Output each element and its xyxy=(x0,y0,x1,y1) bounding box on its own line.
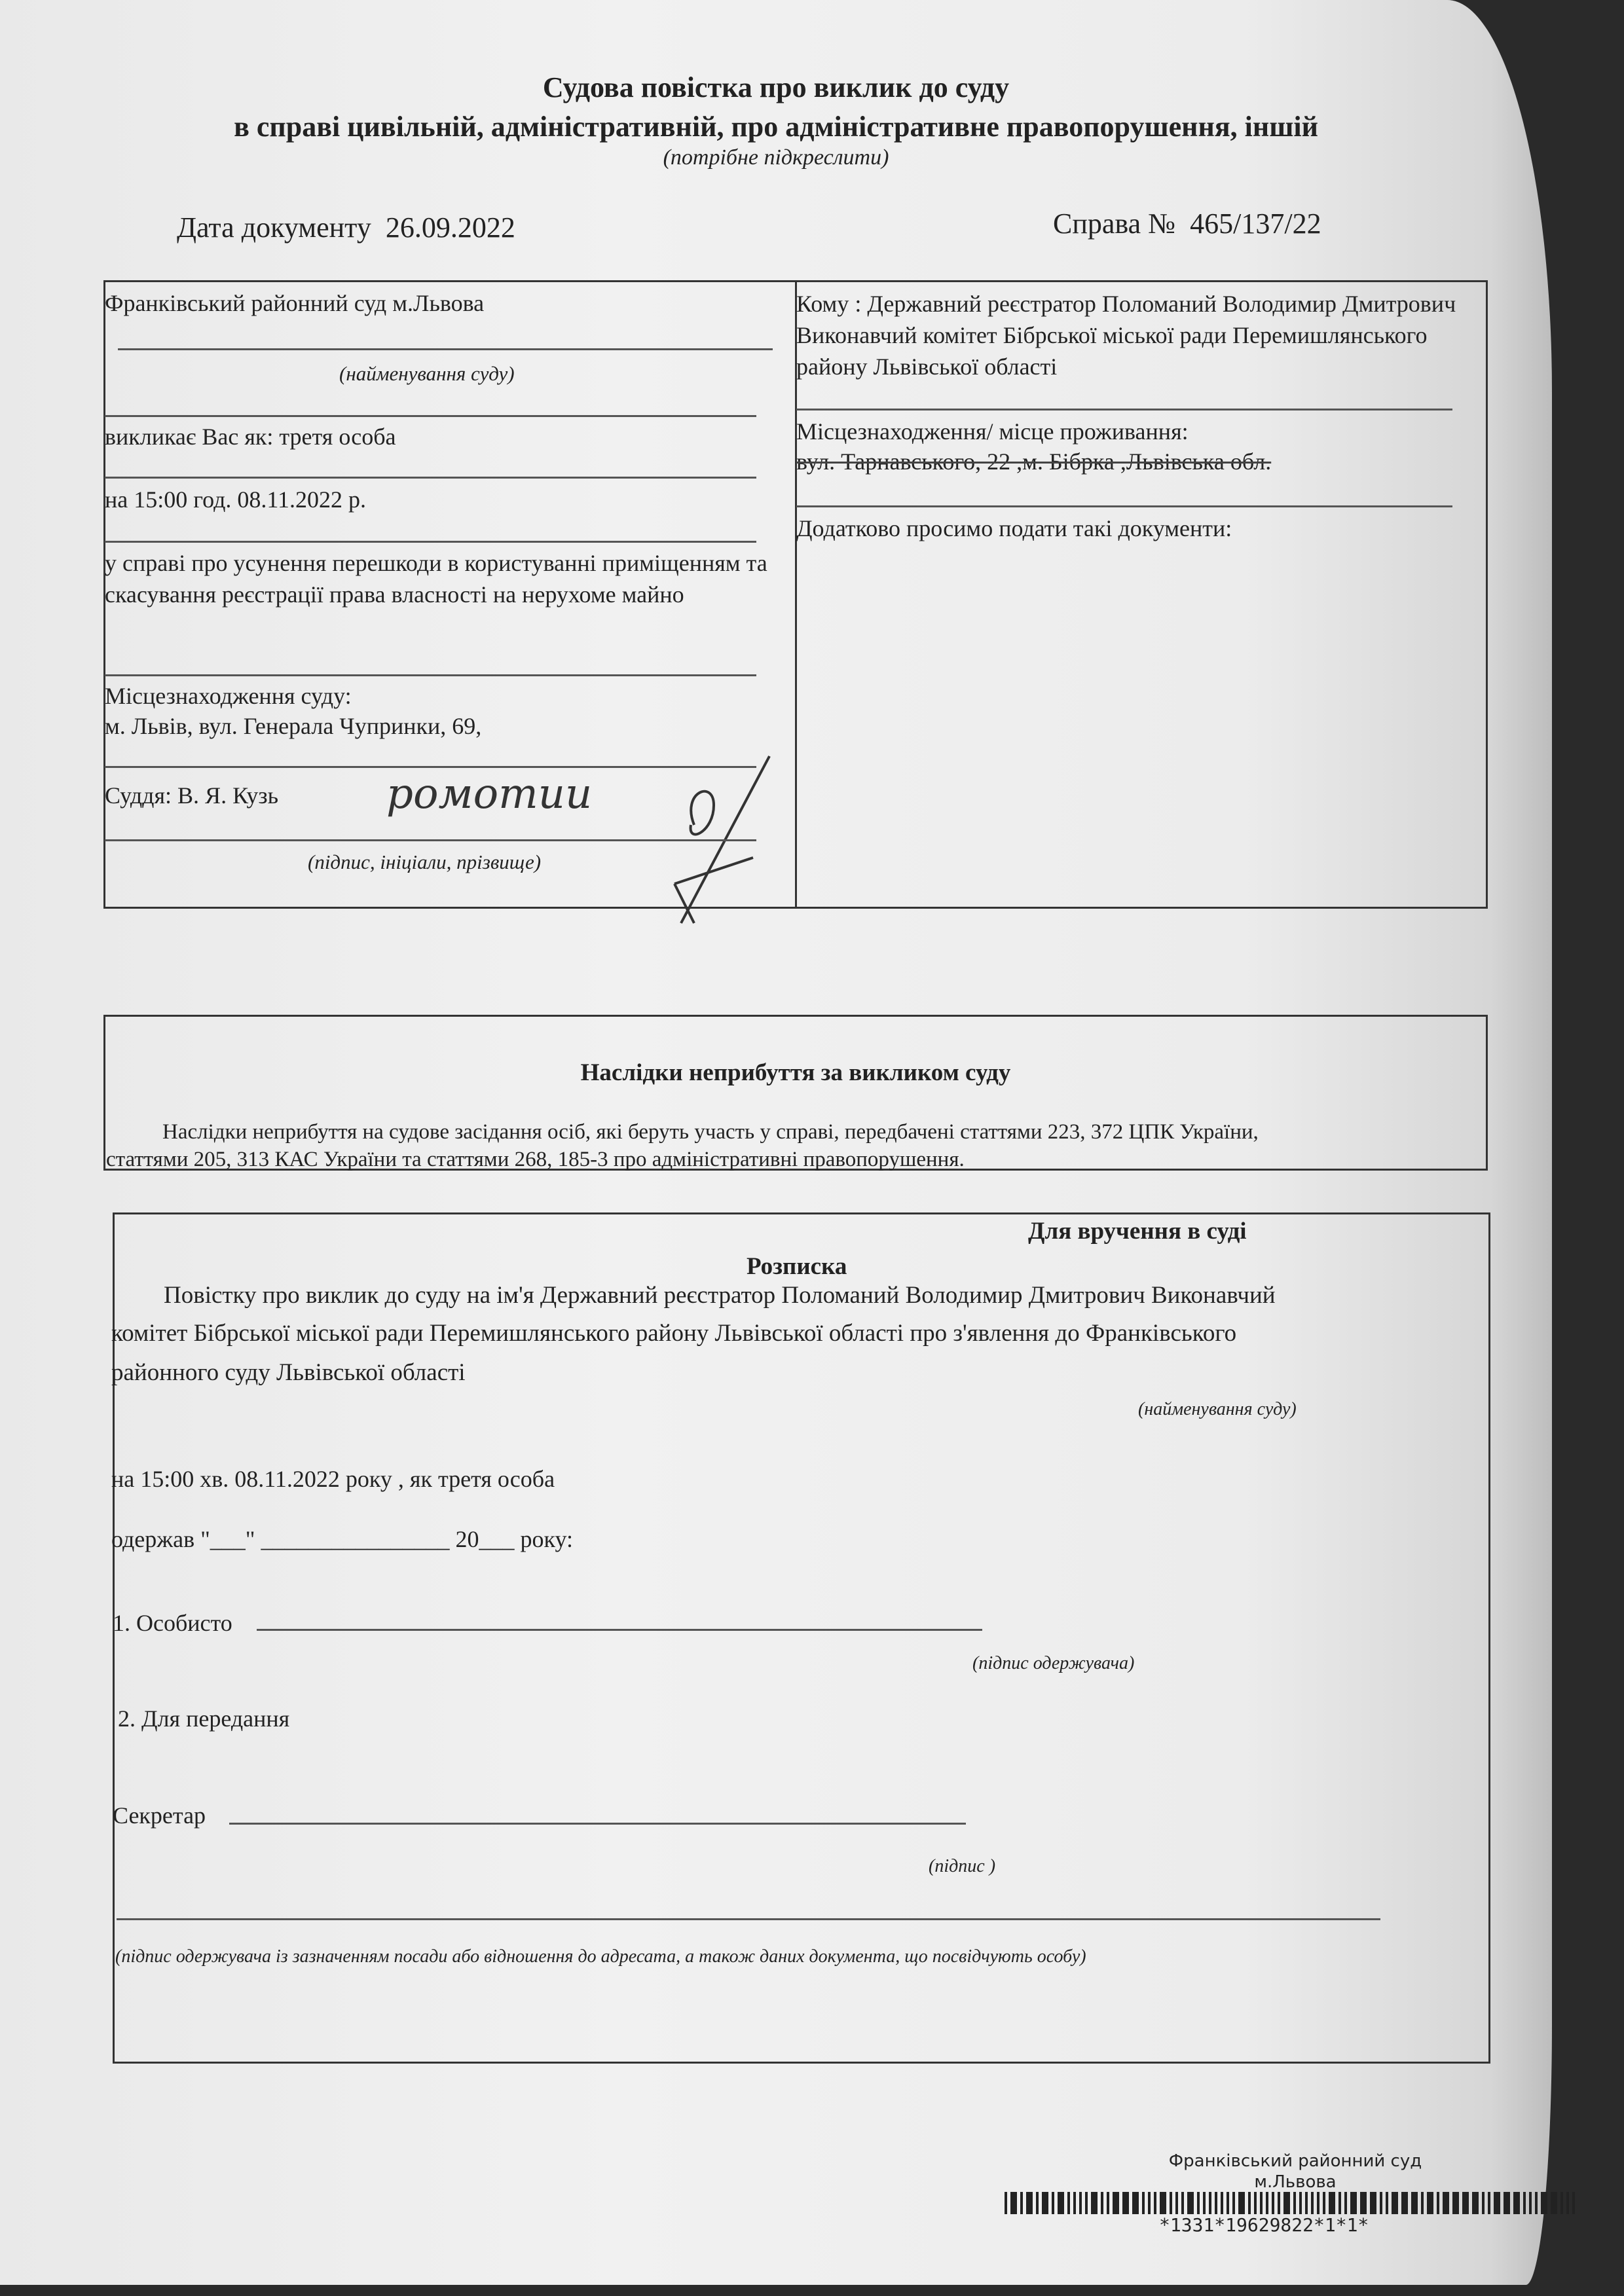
extra-docs-label: Додатково просимо подати такі документи: xyxy=(796,513,1232,543)
recipient-signature-line[interactable] xyxy=(117,1918,1380,1920)
judge-name: Суддя: В. Я. Кузь xyxy=(105,780,278,811)
footer-court-line2: м.Львова xyxy=(1132,2172,1459,2192)
personal-signature-caption: (підпис одержувача) xyxy=(972,1649,1134,1679)
case-label: Справа № xyxy=(1053,208,1175,240)
address-value: вул. Тарнавського, 22 ,м. Бібрка ,Львівс… xyxy=(796,446,1271,477)
divider-line xyxy=(105,674,756,676)
barcode-icon xyxy=(1005,2192,1578,2214)
court-location-label: Місцезнаходження суду: xyxy=(105,681,352,711)
case-value: 465/137/22 xyxy=(1190,208,1321,240)
document-page: Судова повістка про виклик до суду в спр… xyxy=(0,0,1552,2285)
hearing-time: на 15:00 год. 08.11.2022 р. xyxy=(105,484,366,515)
transfer-label: 2. Для передання xyxy=(118,1704,289,1734)
case-number: Справа № 465/137/22 xyxy=(1053,207,1321,240)
receipt-body-2: комітет Бібрської міської ради Перемишля… xyxy=(111,1319,1236,1349)
court-location-value: м. Львів, вул. Генерала Чупринки, 69, xyxy=(105,711,481,741)
case-subject: у справі про усунення перешкоди в корист… xyxy=(105,547,786,610)
divider-line xyxy=(796,505,1452,507)
receipt-body-3: районного суду Львівської області xyxy=(111,1358,466,1388)
recipient-signature-caption: (підпис одержувача із зазначенням посади… xyxy=(115,1942,1086,1972)
receipt-body-1: Повістку про виклик до суду на ім'я Держ… xyxy=(164,1281,1276,1311)
personal-label: 1. Особисто xyxy=(113,1608,232,1638)
address-label: Місцезнаходження/ місце проживання: xyxy=(796,416,1189,446)
court-name-line xyxy=(118,348,773,350)
document-title: Судова повістка про виклик до суду xyxy=(0,71,1552,104)
summons-role: викликає Вас як: третя особа xyxy=(105,422,396,452)
divider-line xyxy=(105,839,756,841)
document-subtitle: в справі цивільній, адміністративній, пр… xyxy=(0,110,1552,143)
judge-signature: ромотии xyxy=(386,779,592,809)
personal-signature-line[interactable] xyxy=(257,1629,982,1631)
court-name-caption: (найменування суду) xyxy=(339,359,515,389)
receipt-court-caption: (найменування суду) xyxy=(1138,1394,1297,1425)
underline-note: (потрібне підкреслити) xyxy=(0,145,1552,170)
divider-line xyxy=(105,415,756,417)
receipt-time: на 15:00 хв. 08.11.2022 року , як третя … xyxy=(111,1464,555,1494)
receipt-title: Розписка xyxy=(747,1252,847,1282)
barcode-number: *1331*19629822*1*1* xyxy=(1159,2214,1369,2236)
divider-line xyxy=(105,541,756,543)
divider-line xyxy=(796,409,1452,410)
consequences-text-1: Наслідки неприбуття на судове засідання … xyxy=(162,1117,1259,1147)
secretary-signature-line[interactable] xyxy=(229,1823,966,1825)
signature-flourish-icon xyxy=(655,753,786,930)
consequences-text-2: статтями 205, 313 КАС України та статтям… xyxy=(106,1144,965,1175)
signature-caption: (підпис, ініціали, прізвище) xyxy=(308,847,541,877)
received-date-field[interactable]: одержав "___" ________________ 20___ рок… xyxy=(111,1524,573,1554)
date-value: 26.09.2022 xyxy=(386,211,515,244)
secretary-signature-caption: (підпис ) xyxy=(929,1851,995,1882)
secretary-label: Секретар xyxy=(113,1800,206,1831)
footer-court-line1: Франківський районний суд xyxy=(1132,2151,1459,2171)
date-label: Дата документу xyxy=(177,211,371,244)
divider-line xyxy=(105,477,756,479)
consequences-title: Наслідки неприбуття за викликом суду xyxy=(103,1058,1488,1088)
court-name: Франківський районний суд м.Львова xyxy=(105,288,484,318)
for-court-label: Для вручення в суді xyxy=(1028,1216,1247,1247)
recipient: Кому : Державний реєстратор Поломаний Во… xyxy=(796,288,1484,382)
document-date: Дата документу 26.09.2022 xyxy=(177,211,515,244)
